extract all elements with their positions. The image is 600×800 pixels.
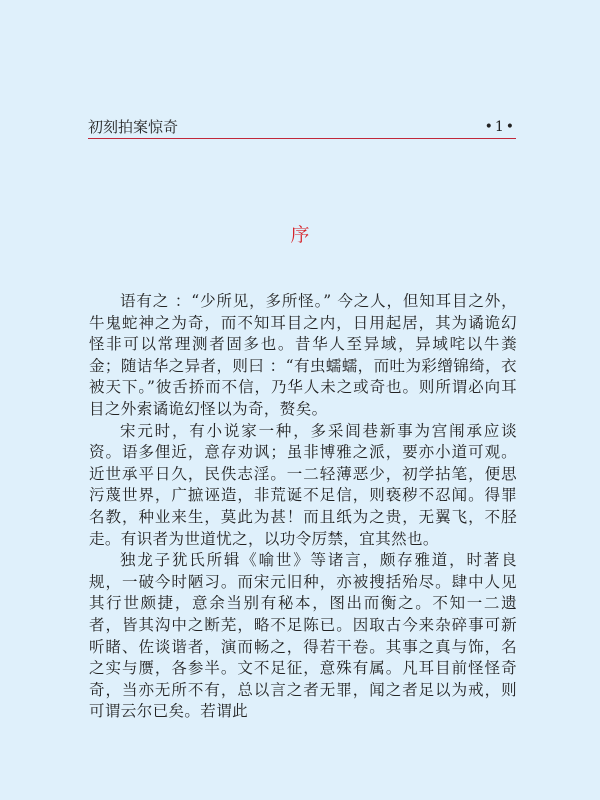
paragraph: 宋元时，有小说家一种，多采闾巷新事为宫闱承应谈资。语多俚近，意存劝讽；虽非博雅之… [89, 421, 517, 551]
running-header: 初刻拍案惊奇 •1• [88, 118, 516, 139]
page-number: •1• [485, 118, 516, 136]
section-title: 序 [0, 220, 600, 247]
book-title: 初刻拍案惊奇 [88, 118, 178, 136]
paragraph: 独龙子犹氏所辑《喻世》等诸言，颇存雅道，时著良规，一破今时陋习。而宋元旧种，亦被… [89, 550, 517, 723]
preface-body: 语有之 ：“少所见，多所怪。” 今之人，但知耳目之外，牛鬼蛇神之为奇，而不知耳目… [89, 291, 517, 723]
paragraph: 语有之 ：“少所见，多所怪。” 今之人，但知耳目之外，牛鬼蛇神之为奇，而不知耳目… [89, 291, 517, 421]
